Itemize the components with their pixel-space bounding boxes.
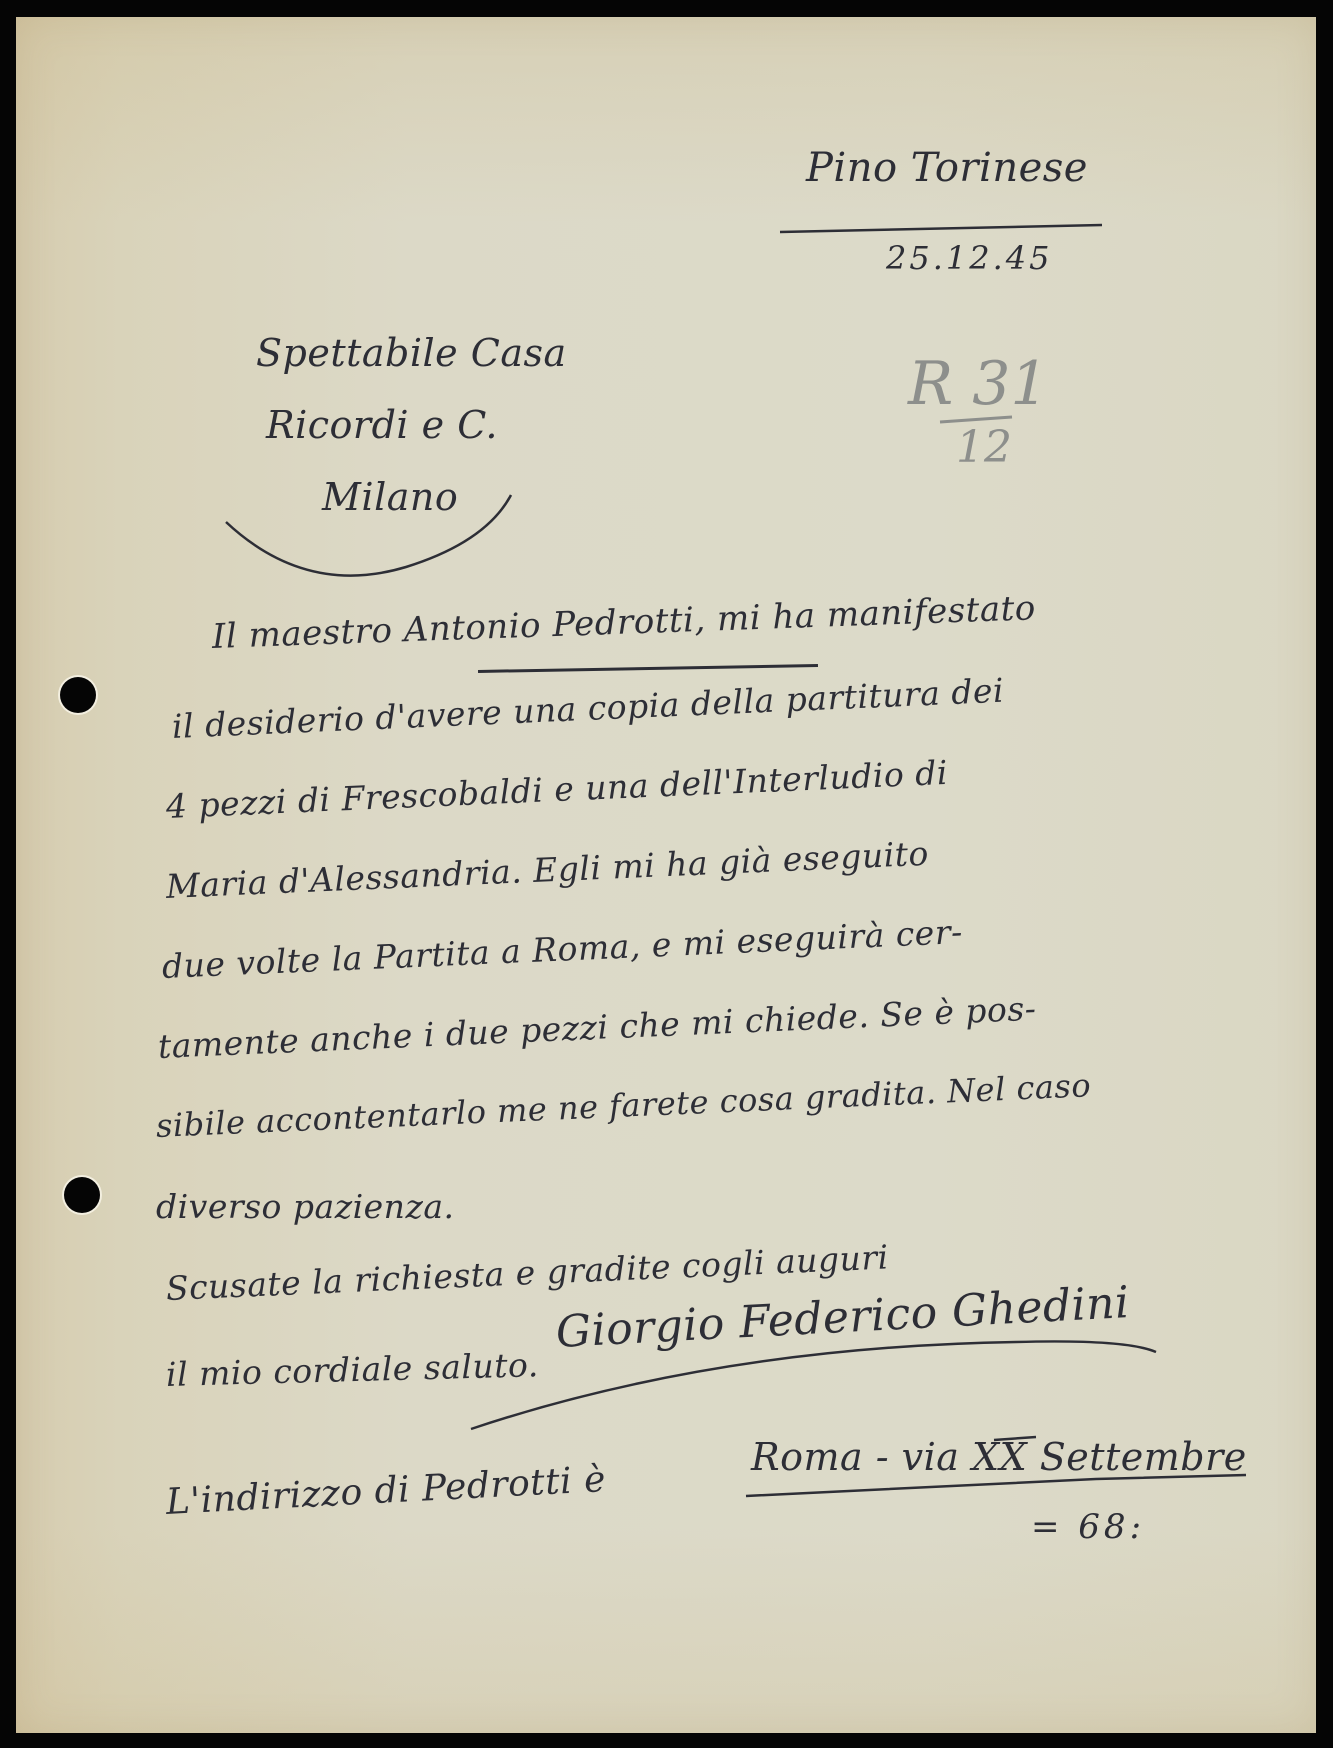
body-line-8: diverso pazienza. <box>156 1187 455 1226</box>
recipient-line-2: Ricordi e C. <box>266 403 498 447</box>
recipient-line-1: Spettabile Casa <box>256 331 567 375</box>
letter-place: Pino Torinese <box>806 145 1088 191</box>
postscript-address: Roma - via XX Settembre <box>751 1435 1247 1479</box>
postscript-number-value: 68 <box>1078 1507 1129 1547</box>
letter-sheet: Pino Torinese 25.12.45 Spettabile Casa R… <box>16 17 1316 1733</box>
postscript-number: = 68: <box>1031 1507 1145 1547</box>
archive-mark-bottom: 12 <box>956 422 1012 473</box>
recipient-line-3: Milano <box>322 475 458 519</box>
postscript-number-suffix: : <box>1130 1507 1145 1547</box>
postscript-number-prefix: = <box>1031 1507 1078 1547</box>
archive-mark-top: R 31 <box>908 349 1049 419</box>
letter-date: 25.12.45 <box>886 239 1053 277</box>
